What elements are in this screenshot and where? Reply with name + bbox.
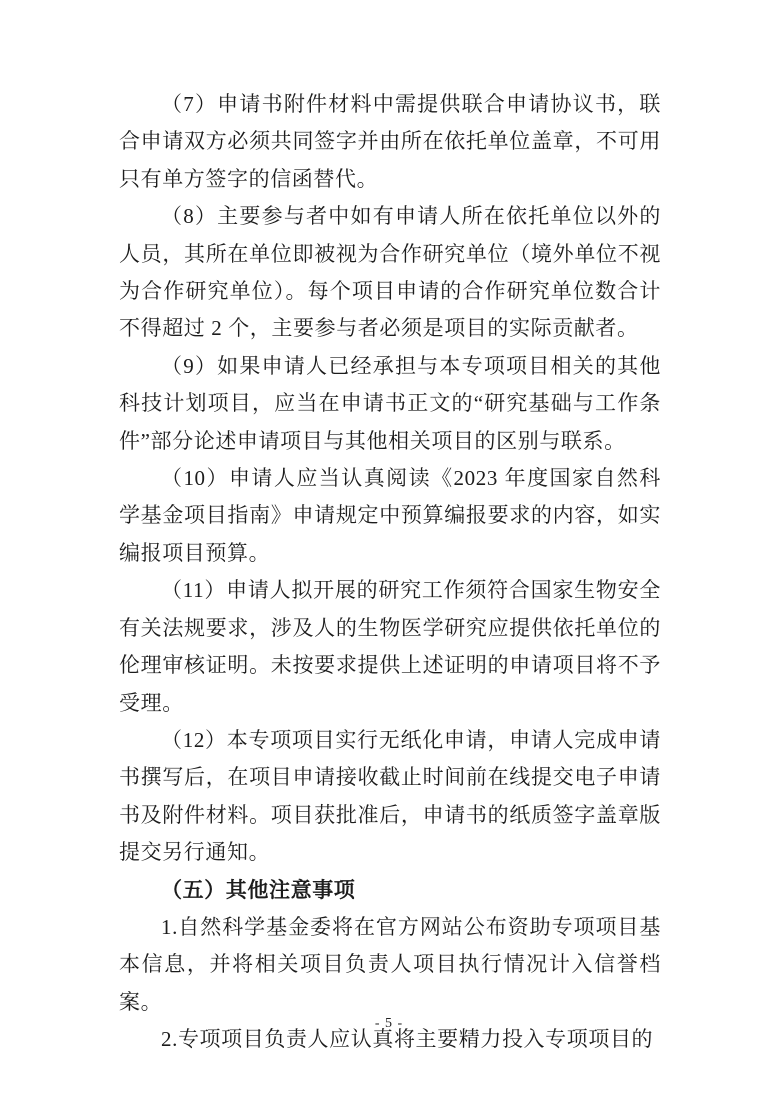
paragraph-list: （7）申请书附件材料中需提供联合申请协议书，联合申请双方必须共同签字并由所在依托… xyxy=(119,86,661,1059)
list-item-1: 1.自然科学基金委将在官方网站公布资助专项项目基本信息，并将相关项目负责人项目执… xyxy=(119,909,661,1021)
paragraph-item-9: （9）如果申请人已经承担与本专项项目相关的其他科技计划项目，应当在申请书正文的“… xyxy=(119,348,661,460)
section-heading-5: （五）其他注意事项 xyxy=(119,872,661,909)
paragraph-item-7: （7）申请书附件材料中需提供联合申请协议书，联合申请双方必须共同签字并由所在依托… xyxy=(119,86,661,198)
paragraph-item-8: （8）主要参与者中如有申请人所在依托单位以外的人员，其所在单位即被视为合作研究单… xyxy=(119,198,661,348)
paragraph-item-12: （12）本专项项目实行无纸化申请，申请人完成申请书撰写后，在项目申请接收截止时间… xyxy=(119,722,661,872)
paragraph-item-11: （11）申请人拟开展的研究工作须符合国家生物安全有关法规要求，涉及人的生物医学研… xyxy=(119,572,661,722)
document-page: （7）申请书附件材料中需提供联合申请协议书，联合申请双方必须共同签字并由所在依托… xyxy=(0,0,778,1103)
page-number: - 5 - xyxy=(0,1016,778,1032)
paragraph-item-10: （10）申请人应当认真阅读《2023 年度国家自然科学基金项目指南》申请规定中预… xyxy=(119,460,661,572)
